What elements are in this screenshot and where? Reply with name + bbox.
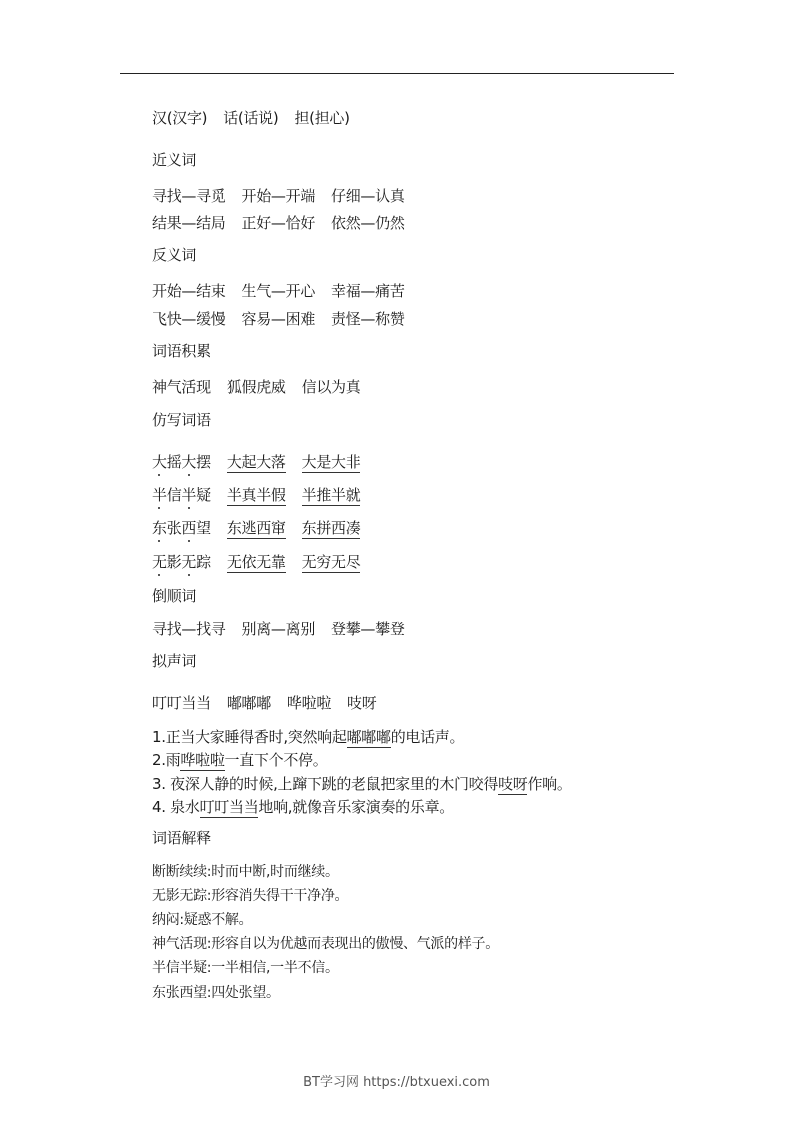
filled-word: 哗啦啦	[180, 751, 224, 771]
example-sentence: 3. 夜深人静的时候,上蹿下跳的老鼠把家里的木门咬得吱呀作响。	[152, 774, 572, 794]
footer-watermark: BT学习网 https://btxuexi.com	[0, 1071, 793, 1090]
sound-word: 哗啦啦	[287, 694, 331, 712]
char: 张	[167, 519, 182, 537]
intro-line: 汉(汉字)话(话说)担(担心)	[152, 108, 350, 128]
intro-item: 担(担心)	[294, 109, 349, 127]
filled-word: 叮叮当当	[200, 798, 259, 818]
imitate-row: 东张西望东逃西窜东拼西凑	[152, 518, 360, 538]
reversible-row: 寻找—找寻别离—离别登攀—攀登	[152, 619, 405, 639]
section-title-antonyms: 反义词	[152, 245, 196, 265]
antonym-row: 飞快—缓慢容易—困难责怪—称赞	[152, 309, 405, 329]
synonym-row: 寻找—寻觅开始—开端仔细—认真	[152, 186, 405, 206]
char: 西	[181, 518, 196, 538]
char: 望	[196, 519, 211, 537]
word-pair: 别离—离别	[242, 620, 316, 638]
char: 无	[181, 552, 196, 572]
answer-word: 东拼西凑	[302, 519, 361, 539]
char: 半	[152, 485, 167, 505]
intro-item: 话(话说)	[223, 109, 278, 127]
answer-word: 无穷无尽	[302, 553, 361, 573]
sentence-text: 4. 泉水	[152, 798, 200, 816]
sentence-text: 2.雨	[152, 751, 180, 769]
word-pair: 正好—恰好	[242, 214, 316, 232]
sound-word: 嘟嘟嘟	[227, 694, 271, 712]
imitate-row: 半信半疑半真半假半推半就	[152, 485, 360, 505]
onomatopoeia-row: 叮叮当当嘟嘟嘟哗啦啦吱呀	[152, 693, 376, 713]
char: 摆	[196, 453, 211, 471]
imitate-row: 无影无踪无依无靠无穷无尽	[152, 552, 360, 572]
header-rule	[120, 73, 674, 74]
sentence-text: 3. 夜深人静的时候,上蹿下跳的老鼠把家里的木门咬得	[152, 775, 498, 793]
word-pair: 开始—开端	[242, 187, 316, 205]
sound-word: 叮叮当当	[152, 694, 211, 712]
explanation-item: 无影无踪:形容消失得干干净净。	[152, 886, 348, 906]
answer-word: 大是大非	[302, 453, 361, 473]
answer-word: 半推半就	[302, 486, 361, 506]
model-word: 大摇大摆	[152, 453, 211, 471]
model-word: 东张西望	[152, 519, 211, 537]
example-sentence: 4. 泉水叮叮当当地响,就像音乐家演奏的乐章。	[152, 797, 454, 817]
word-pair: 幸福—痛苦	[331, 282, 405, 300]
antonym-row: 开始—结束生气—开心幸福—痛苦	[152, 281, 405, 301]
char: 半	[181, 485, 196, 505]
section-title-imitate: 仿写词语	[152, 410, 211, 430]
example-sentence: 2.雨哗啦啦一直下个不停。	[152, 750, 327, 770]
filled-word: 嘟嘟嘟	[347, 728, 391, 748]
section-title-synonyms: 近义词	[152, 150, 196, 170]
word-pair: 寻找—找寻	[152, 620, 226, 638]
explanation-item: 神气活现:形容自以为优越而表现出的傲慢、气派的样子。	[152, 934, 499, 954]
sentence-text: 地响,就像音乐家演奏的乐章。	[258, 798, 454, 816]
char: 东	[152, 518, 167, 538]
example-sentence: 1.正当大家睡得香时,突然响起嘟嘟嘟的电话声。	[152, 727, 464, 747]
char: 摇	[167, 453, 182, 471]
sentence-text: 一直下个不停。	[225, 751, 328, 769]
imitate-row: 大摇大摆大起大落大是大非	[152, 452, 360, 472]
char: 大	[181, 452, 196, 472]
filled-word: 吱呀	[498, 775, 527, 795]
answer-word: 半真半假	[227, 486, 286, 506]
word-pair: 仔细—认真	[331, 187, 405, 205]
vocab-item: 狐假虎威	[227, 378, 286, 396]
answer-word: 东逃西窜	[227, 519, 286, 539]
vocab-item: 神气活现	[152, 378, 211, 396]
word-pair: 结果—结局	[152, 214, 226, 232]
word-pair: 开始—结束	[152, 282, 226, 300]
synonym-row: 结果—结局正好—恰好依然—仍然	[152, 213, 405, 233]
model-word: 无影无踪	[152, 553, 211, 571]
char: 大	[152, 452, 167, 472]
char: 疑	[196, 486, 211, 504]
word-pair: 责怪—称赞	[331, 310, 405, 328]
sentence-text: 1.正当大家睡得香时,突然响起	[152, 728, 347, 746]
explanation-item: 东张西望:四处张望。	[152, 983, 280, 1003]
sentence-text: 作响。	[527, 775, 571, 793]
vocab-item: 信以为真	[302, 378, 361, 396]
char: 踪	[196, 553, 211, 571]
sentence-text: 的电话声。	[391, 728, 465, 746]
word-pair: 依然—仍然	[331, 214, 405, 232]
word-pair: 容易—困难	[242, 310, 316, 328]
section-title-explanations: 词语解释	[152, 828, 211, 848]
intro-item: 汉(汉字)	[152, 109, 207, 127]
vocab-row: 神气活现狐假虎威信以为真	[152, 377, 360, 397]
explanation-item: 纳闷:疑惑不解。	[152, 910, 252, 930]
explanation-item: 断断续续:时而中断,时而继续。	[152, 862, 339, 882]
char: 无	[152, 552, 167, 572]
word-pair: 生气—开心	[242, 282, 316, 300]
section-title-onomatopoeia: 拟声词	[152, 651, 196, 671]
section-title-reversible: 倒顺词	[152, 586, 196, 606]
word-pair: 寻找—寻觅	[152, 187, 226, 205]
answer-word: 无依无靠	[227, 553, 286, 573]
section-title-vocab: 词语积累	[152, 341, 211, 361]
char: 影	[167, 553, 182, 571]
char: 信	[167, 486, 182, 504]
word-pair: 登攀—攀登	[331, 620, 405, 638]
word-pair: 飞快—缓慢	[152, 310, 226, 328]
answer-word: 大起大落	[227, 453, 286, 473]
model-word: 半信半疑	[152, 486, 211, 504]
sound-word: 吱呀	[347, 694, 376, 712]
explanation-item: 半信半疑:一半相信,一半不信。	[152, 958, 339, 978]
